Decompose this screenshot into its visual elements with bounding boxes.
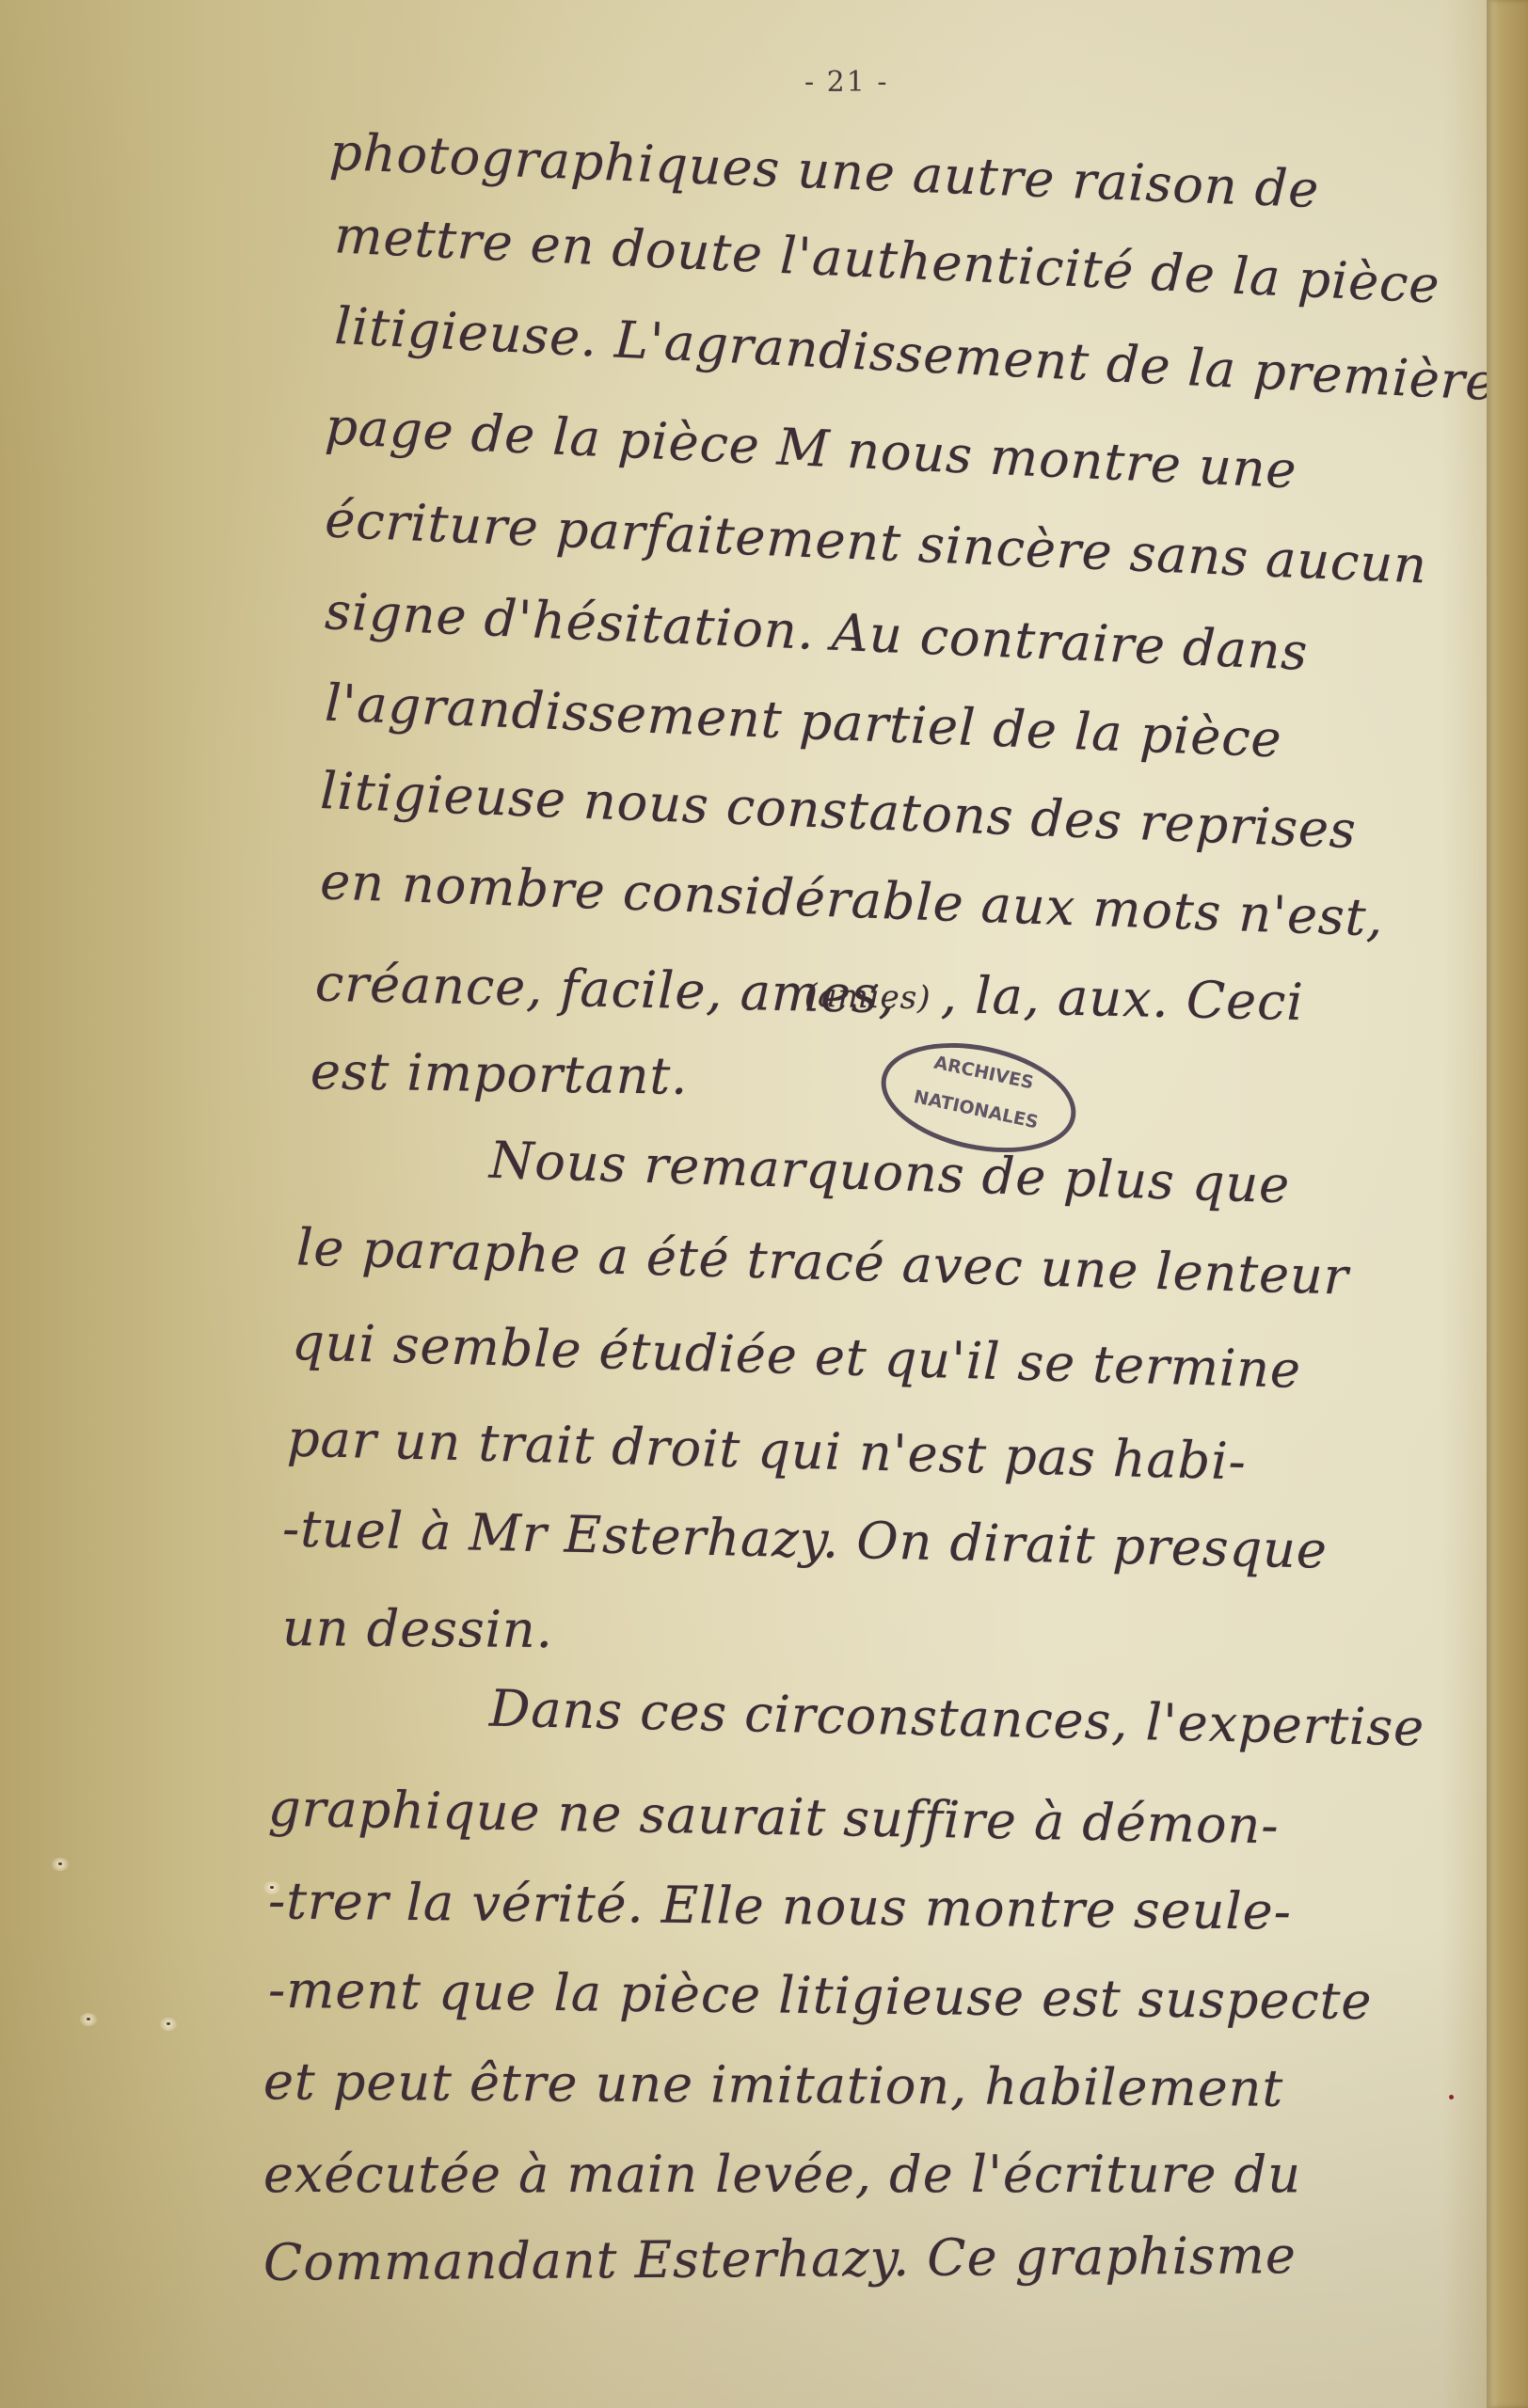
- text-line: Nous remarquons de plus que: [488, 1131, 1291, 1215]
- page-binding-edge: [1487, 0, 1528, 2408]
- text-line: exécutée à main levée, de l'écriture du: [263, 2145, 1301, 2204]
- text-line: -tuel à Mr Esterhazy. On dirait presque: [281, 1498, 1328, 1579]
- text-line: Commandant Esterhazy. Ce graphisme: [263, 2226, 1297, 2292]
- manuscript-page: - 21 - photographiques une autre raison …: [0, 0, 1487, 2408]
- handwritten-text-body: photographiques une autre raison de mett…: [0, 0, 1487, 2408]
- text-line: mettre en doute l'authenticité de la piè…: [333, 205, 1441, 314]
- text-line: litigieuse nous constatons des reprises: [319, 761, 1358, 860]
- ink-spot: [1449, 2095, 1454, 2099]
- text-line: photographiques une autre raison de: [328, 122, 1320, 219]
- text-line: litigieuse. L'agrandissement de la premi…: [333, 296, 1498, 412]
- paper-blemish: [52, 1858, 69, 1871]
- text-line: graphique ne saurait suffire à démon-: [268, 1779, 1281, 1856]
- text-line: Dans ces circonstances, l'expertise: [488, 1679, 1425, 1758]
- text-line: est important.: [310, 1041, 689, 1106]
- text-line: , la, aux. Ceci: [940, 965, 1304, 1032]
- text-line: l'agrandissement partiel de la pièce: [324, 673, 1283, 768]
- text-line: un dessin.: [282, 1598, 553, 1659]
- paper-blemish: [160, 2018, 177, 2031]
- text-line: signe d'hésitation. Au contraire dans: [324, 581, 1309, 682]
- text-line: et peut être une imitation, habilement: [263, 2052, 1284, 2118]
- text-line: par un trait droit qui n'est pas habi-: [286, 1409, 1247, 1492]
- text-line: en nombre considérable aux mots n'est,: [319, 851, 1384, 947]
- text-line: écriture parfaitement sincère sans aucun: [324, 489, 1428, 594]
- text-line-parenthetical: (amies): [804, 977, 931, 1018]
- text-line: page de la pièce M nous montre une: [324, 397, 1298, 500]
- text-line: le paraphe a été tracé avec une lenteur: [295, 1217, 1349, 1306]
- text-line: qui semble étudiée et qu'il se termine: [291, 1312, 1302, 1400]
- text-line: -ment que la pièce litigieuse est suspec…: [268, 1960, 1373, 2031]
- paper-blemish: [263, 1881, 280, 1894]
- paper-blemish: [80, 2013, 97, 2026]
- text-line: -trer la vérité. Elle nous montre seule-: [268, 1871, 1293, 1941]
